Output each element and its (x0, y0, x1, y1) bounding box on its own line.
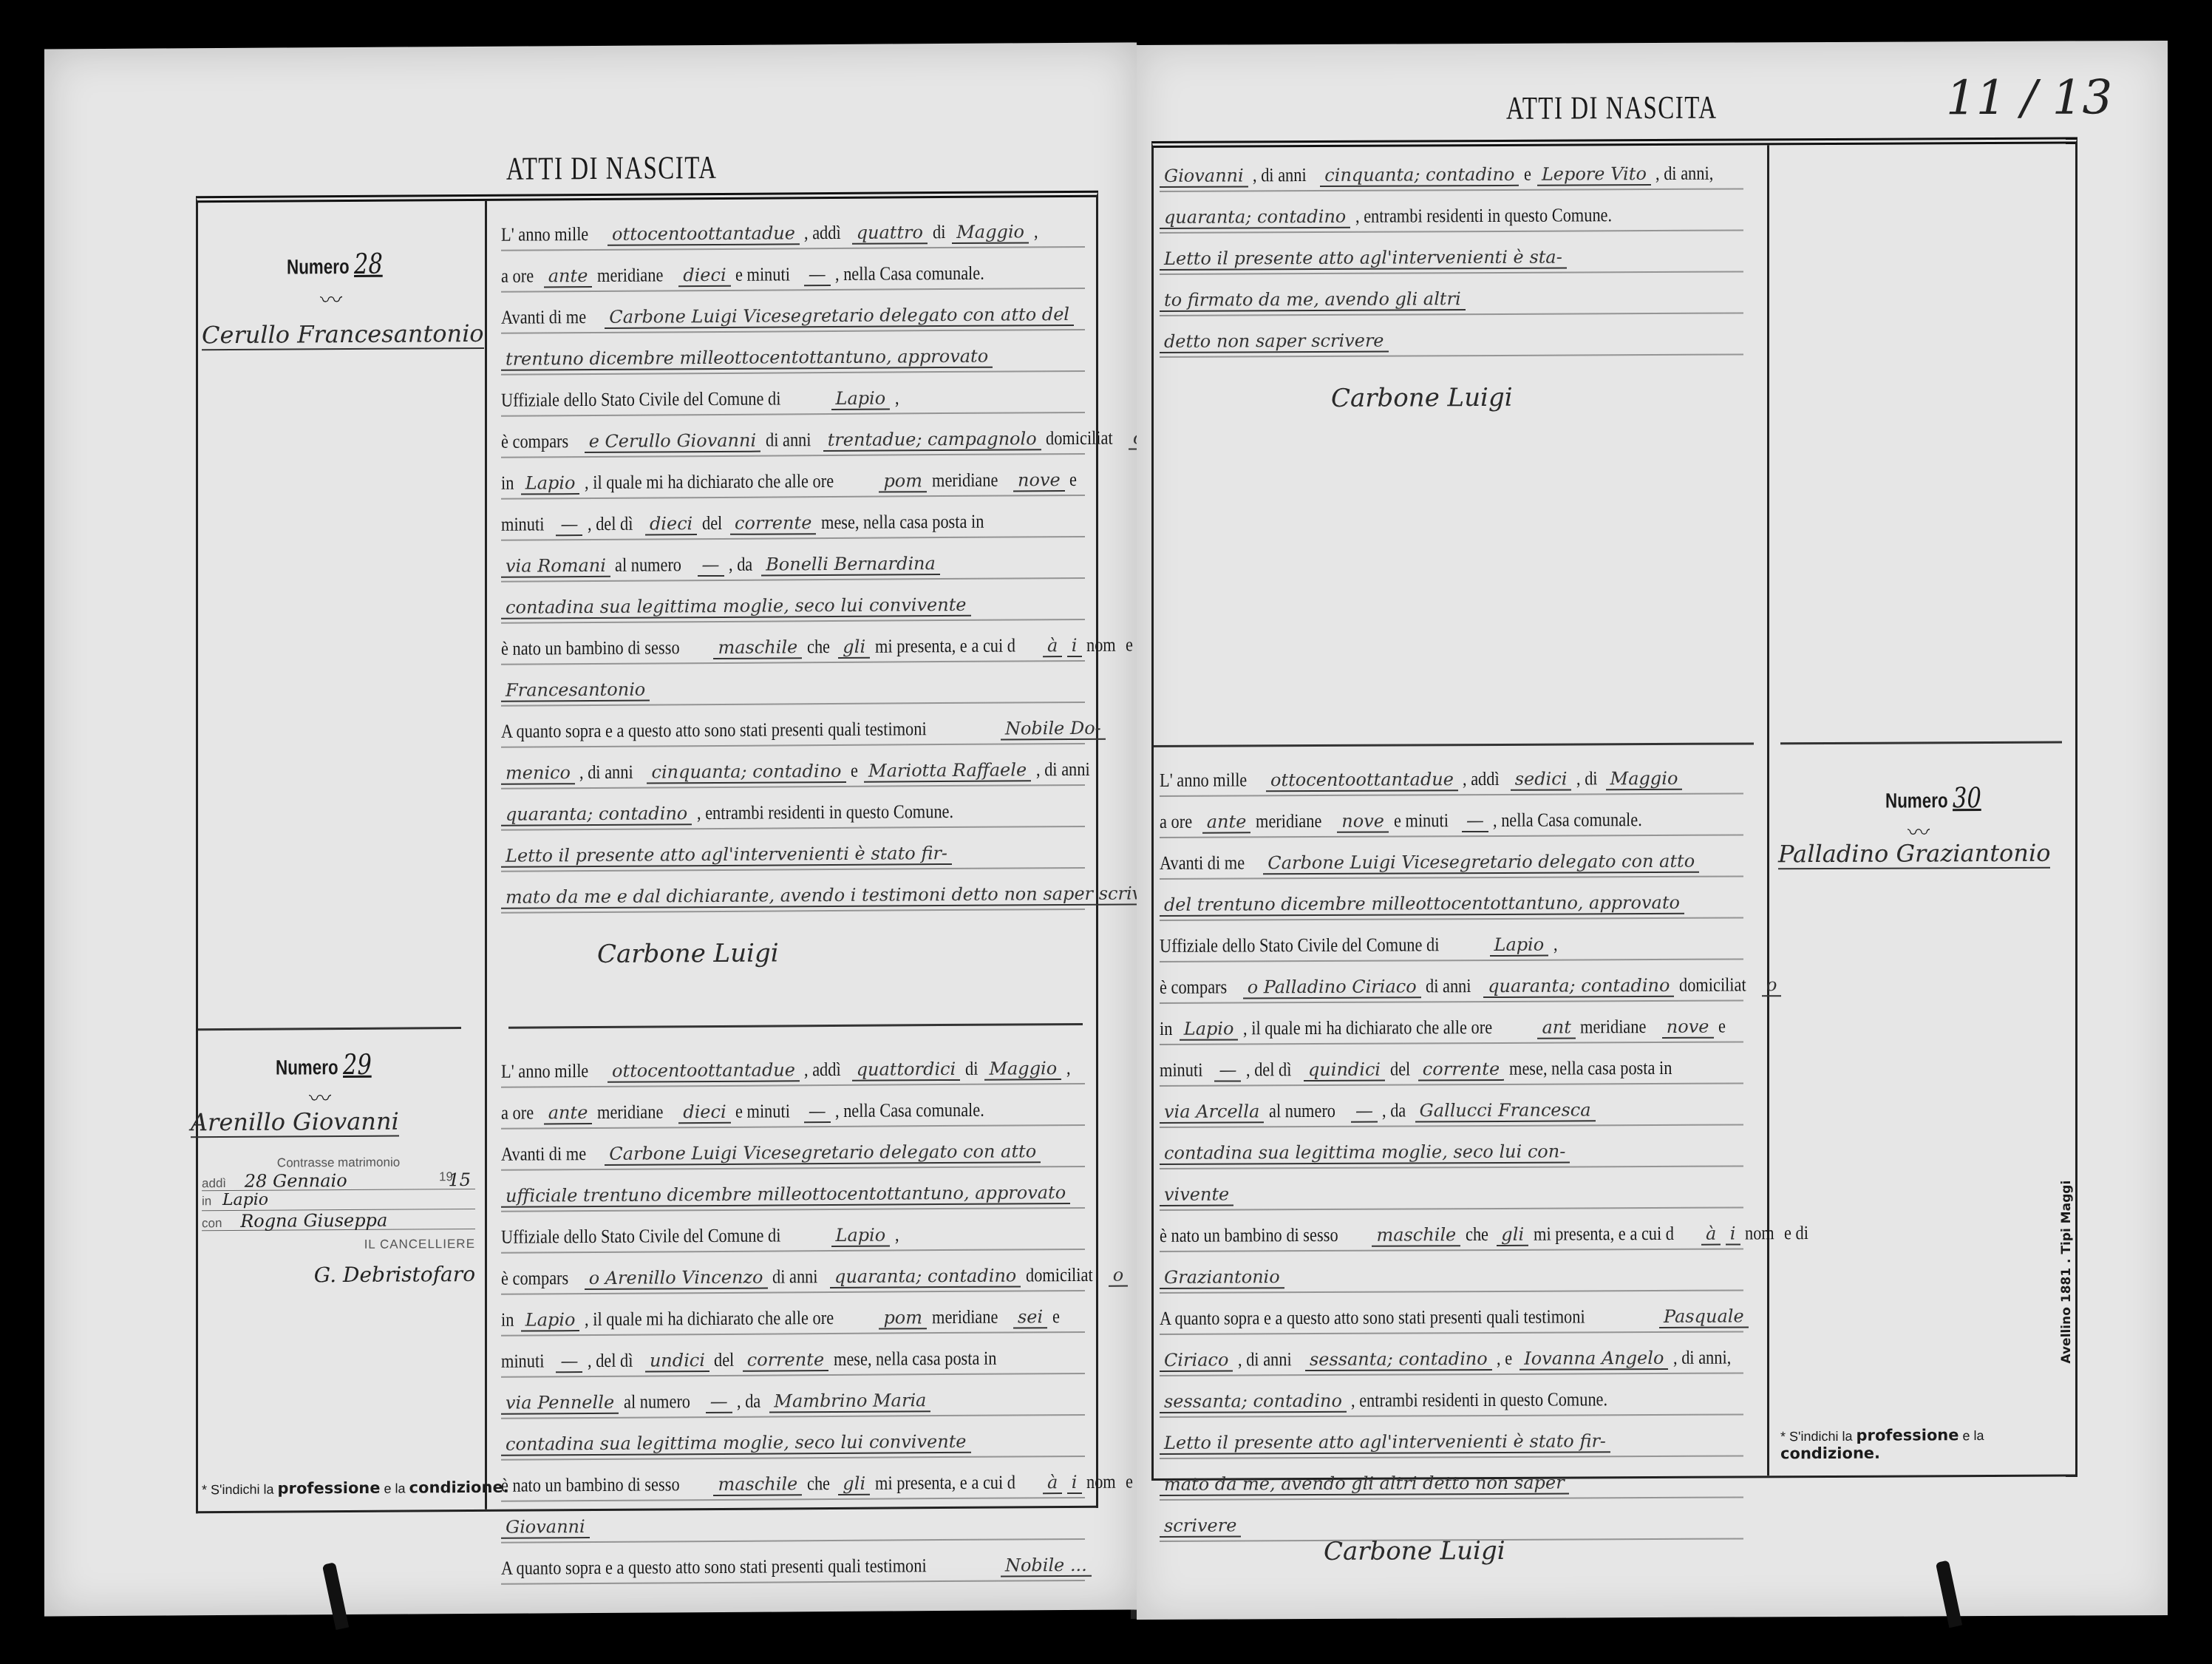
handwritten-entry: sedici (1511, 768, 1572, 790)
ruled-line (501, 370, 1085, 376)
numero-value: 28 (354, 248, 383, 280)
record-line: Letto il presente atto agl'intervenienti… (1160, 235, 1743, 279)
record-line: a ore ante meridiane nove e minuti — , n… (1160, 798, 1743, 842)
swash-ornament: 〰 (320, 282, 342, 314)
handwritten-entry: Mariotta Raffaele (864, 759, 1031, 782)
handwritten-entry: contadina sua legittima moglie, seco lui… (501, 594, 971, 619)
record-line: L' anno mille ottocentoottantadue , addì… (1160, 757, 1743, 801)
handwritten-entry: sei (1013, 1306, 1047, 1328)
footnote-bold: condizione. (1780, 1444, 1880, 1463)
record-line: mato da me, avendo gli altri detto non s… (1160, 1461, 1743, 1504)
handwritten-entry: o Arenillo Vincenzo (585, 1267, 768, 1291)
ruled-line (1160, 917, 1743, 920)
right-page: ATTI DI NASCITA 11 / 13 Giovanni , di an… (1137, 41, 2168, 1620)
ruled-line (1160, 1165, 1743, 1169)
footnote-bold: professione (278, 1479, 381, 1498)
annotation-date-row: addì 28 Gennaio 19 15 (202, 1169, 475, 1191)
handwritten-entry: corrente (743, 1349, 828, 1372)
record-line: è compars o Arenillo Vincenzo di anni qu… (501, 1254, 1085, 1300)
handwritten-entry: quindici (1304, 1059, 1385, 1081)
handwritten-entry: dieci (645, 513, 697, 535)
margin-column-divider (485, 201, 487, 1510)
handwritten-entry: quaranta; contadino (501, 803, 692, 826)
record-line: Letto il presente atto agl'intervenienti… (501, 832, 1085, 877)
marriage-annotation: Contrasse matrimonio addì 28 Gennaio 19 … (202, 1155, 475, 1288)
handwritten-entry: sessanta; contadino (1305, 1348, 1492, 1371)
ruled-line (1160, 834, 1743, 838)
record-line: Giovanni , di anni cinquanta; contadino … (1160, 152, 1743, 196)
ruled-line (501, 1538, 1085, 1544)
handwritten-entry: detto non saper scrivere (1160, 330, 1389, 353)
record-line: Giovanni (501, 1503, 1085, 1548)
record-line: menico , di anni cinquanta; contadino e … (501, 749, 1085, 794)
footnote-text: * S'indichi la (202, 1482, 274, 1498)
handwritten-entry: Lapio (1180, 1018, 1239, 1040)
handwritten-entry: Lepore Vito (1537, 163, 1651, 186)
handwritten-entry: Carbone Luigi Vicesegretario delegato co… (1263, 851, 1699, 875)
handwritten-entry: Francesantonio (501, 679, 650, 702)
record-line: è compars o Palladino Ciriaco di anni qu… (1160, 964, 1743, 1008)
handwritten-entry: Nobile ... (1001, 1555, 1092, 1578)
record-number-30: Numero30 (1885, 781, 1981, 815)
handwritten-entry: i (1067, 635, 1082, 657)
handwritten-entry: Lapio (831, 388, 891, 410)
handwritten-entry: nove (1337, 811, 1389, 833)
record-line: del trentuno dicembre milleottocentottan… (1160, 881, 1743, 925)
handwritten-entry: Carbone Luigi Vicesegretario delegato co… (605, 1141, 1041, 1166)
record-line: contadina sua legittima moglie, seco lui… (501, 1420, 1085, 1465)
marriage-year: 15 (448, 1169, 471, 1190)
ruled-line (501, 1166, 1085, 1171)
record-separator-margin (198, 1027, 461, 1030)
handwritten-entry: ottocentoottantadue (608, 1059, 800, 1083)
ruled-line (1160, 312, 1743, 316)
handwritten-entry: i (1067, 1472, 1082, 1494)
footnote-text: e la (1963, 1428, 1984, 1443)
handwritten-entry: o Palladino Ciriaco (1243, 976, 1421, 999)
footnote-text: e la (384, 1481, 406, 1496)
numero-label: Numero (276, 1056, 338, 1079)
handwritten-entry: menico (501, 762, 575, 785)
handwritten-entry: Letto il presente atto agl'intervenienti… (1160, 247, 1567, 271)
handwritten-entry: maschile (1372, 1224, 1460, 1247)
record-line: sessanta; contadino , entrambi residenti… (1160, 1378, 1743, 1422)
handwritten-entry: sessanta; contadino (1160, 1390, 1347, 1413)
handwritten-entry: Lapio (1490, 934, 1549, 957)
record-separator-body (508, 1023, 1083, 1029)
annotation-spouse-row: con Rogna Giuseppa (202, 1209, 475, 1231)
margin-name-30: Palladino Graziantonio (1778, 839, 2050, 870)
handwritten-entry: ante (544, 265, 593, 288)
record-line: in Lapio , il quale mi ha dichiarato che… (1160, 1005, 1743, 1049)
cancelliere-signature: G. Debristofaro (202, 1262, 475, 1288)
handwritten-entry: undici (645, 1350, 709, 1373)
record-line: minuti — , del dì quindici del corrente … (1160, 1047, 1743, 1090)
record-line: è nato un bambino di sesso maschile che … (501, 625, 1085, 670)
record-line: Avanti di me Carbone Luigi Vicesegretari… (501, 1130, 1085, 1175)
ruled-line (1160, 792, 1743, 796)
left-page: ATTI DI NASCITA Numero28 〰 Cerullo Franc… (44, 42, 1137, 1616)
record-line: Ciriaco , di anni sessanta; contadino , … (1160, 1337, 1743, 1380)
margin-column-divider (1767, 145, 1769, 1475)
record-line: a ore ante meridiane dieci e minuti — , … (501, 1089, 1085, 1134)
handwritten-entry: ufficiale trentuno dicembre milleottocen… (501, 1182, 1070, 1208)
handwritten-entry: — (556, 1351, 582, 1373)
ruled-line (1160, 353, 1743, 357)
birth-record-29-continuation: Giovanni , di anni cinquanta; contadino … (1160, 152, 1743, 361)
handwritten-entry: — (698, 554, 724, 577)
birth-record-29: L' anno mille ottocentoottantadue , addì… (501, 1047, 1085, 1589)
handwritten-entry: Giovanni (501, 1516, 590, 1539)
printed-text: nom (1086, 1461, 1116, 1503)
handwritten-entry: ante (544, 1102, 593, 1124)
record-line: Avanti di me Carbone Luigi Vicesegretari… (1160, 840, 1743, 883)
ruled-line (501, 1083, 1085, 1088)
handwritten-entry: via Romani (501, 555, 610, 578)
handwritten-entry: Gallucci Francesca (1415, 1099, 1596, 1122)
handwritten-entry: nove (1013, 469, 1065, 492)
printed-text: nom (1745, 1212, 1774, 1254)
ruled-line (501, 619, 1085, 624)
handwritten-entry: del trentuno dicembre milleottocentottan… (1160, 892, 1684, 917)
ruled-line (501, 288, 1085, 293)
record-line: in Lapio , il quale mi ha dichiarato che… (501, 459, 1085, 504)
handwritten-entry: maschile (713, 1473, 802, 1496)
handwritten-entry: — (706, 1391, 732, 1413)
ruled-line (501, 329, 1085, 334)
record-line: vivente (1160, 1171, 1743, 1215)
record-number-29: Numero29 (276, 1048, 372, 1081)
handwritten-entry: — (804, 264, 831, 286)
footnote-text: * S'indichi la (1780, 1429, 1853, 1444)
right-register-table: Giovanni , di anni cinquanta; contadino … (1151, 137, 2077, 1480)
ruled-line (1160, 1124, 1743, 1127)
margin-name-29: Arenillo Giovanni (191, 1107, 399, 1138)
handwritten-entry: mato da me e dal dichiarante, avendo i t… (501, 883, 1176, 909)
handwritten-entry: to firmato da me, avendo gli altri (1160, 288, 1466, 312)
handwritten-entry: ante (1202, 811, 1251, 833)
handwritten-entry: à (1043, 635, 1062, 657)
footnote-bold: professione (1857, 1426, 1959, 1444)
con-label: con (202, 1216, 222, 1230)
ruled-line (501, 577, 1085, 583)
birth-record-28: L' anno mille ottocentoottantadue , addì… (501, 211, 1085, 918)
handwritten-entry: Ciriaco (1160, 1349, 1233, 1371)
numero-value: 30 (1953, 781, 1981, 814)
handwritten-entry: quaranta; contadino (1483, 975, 1674, 998)
ruled-line (501, 246, 1085, 251)
handwritten-entry: via Arcella (1160, 1101, 1264, 1124)
left-register-table: Numero28 〰 Cerullo Francesantonio Numero… (196, 191, 1098, 1513)
ruled-line (501, 1456, 1085, 1461)
handwritten-entry: contadina sua legittima moglie, seco lui… (501, 1431, 971, 1456)
handwritten-entry: ottocentoottantadue (608, 223, 800, 246)
handwritten-entry: corrente (1418, 1059, 1504, 1081)
record-line: via Pennelle al numero — , da Mambrino M… (501, 1379, 1085, 1424)
handwritten-entry: Lapio (831, 1225, 891, 1247)
handwritten-entry: — (1462, 810, 1488, 832)
record-line: A quanto sopra e a questo atto sono stat… (501, 1544, 1085, 1589)
spouse-name: Rogna Giuseppa (240, 1210, 387, 1232)
handwritten-entry: o (1762, 974, 1781, 996)
handwritten-entry: Maggio (952, 221, 1029, 244)
record-line: L' anno mille ottocentoottantadue , addì… (501, 211, 1085, 256)
handwritten-entry: — (1351, 1101, 1378, 1123)
birth-record-30: L' anno mille ottocentoottantadue , addì… (1160, 757, 1743, 1546)
ruled-line (501, 909, 1085, 914)
numero-value: 29 (343, 1048, 372, 1081)
record-line: contadina sua legittima moglie, seco lui… (1160, 1130, 1743, 1173)
handwritten-entry: Nobile Do- (1001, 718, 1106, 741)
ruled-line (501, 1124, 1085, 1130)
record-line: a ore ante meridiane dieci e minuti — , … (501, 252, 1085, 297)
handwritten-entry: i (1726, 1223, 1740, 1245)
record-line: trentuno dicembre milleottocentottantuno… (501, 335, 1085, 380)
numero-label: Numero (287, 255, 350, 279)
handwritten-entry: Carbone Luigi Vicesegretario delegato co… (605, 304, 1074, 329)
handwritten-entry: quattordici (852, 1059, 961, 1081)
annotation-heading: Contrasse matrimonio (202, 1155, 475, 1171)
handwritten-entry: ant (1537, 1016, 1575, 1039)
handwritten-entry: Lapio (521, 472, 580, 495)
handwritten-entry: à (1043, 1472, 1062, 1494)
handwritten-entry: e Cerullo Giovanni (585, 430, 761, 453)
record-line: L' anno mille ottocentoottantadue , addì… (501, 1047, 1085, 1093)
record-line: to firmato da me, avendo gli altri (1160, 276, 1743, 320)
ruled-line (501, 702, 1085, 707)
ruled-line (501, 1207, 1085, 1212)
handwritten-entry: à (1701, 1223, 1721, 1246)
handwritten-entry: Lapio (521, 1309, 580, 1331)
handwritten-entry: — (1214, 1059, 1241, 1081)
ruled-line (1160, 1496, 1743, 1500)
handwritten-entry: gli (838, 1473, 870, 1495)
record-line: quaranta; contadino , entrambi residenti… (501, 790, 1085, 835)
signature-officer-30: Carbone Luigi (1324, 1536, 1505, 1566)
handwritten-entry: cinquanta; contadino (647, 761, 845, 784)
page-header-right: ATTI DI NASCITA (1506, 89, 1718, 127)
record-line: è nato un bambino di sesso maschile che … (1160, 1212, 1743, 1256)
page-header-left: ATTI DI NASCITA (506, 149, 718, 188)
handwritten-entry: ottocentoottantadue (1266, 769, 1458, 792)
ruled-line (1160, 875, 1743, 879)
annotation-place-row: in Lapio (202, 1189, 475, 1211)
record-line: minuti — , del dì dieci del corrente mes… (501, 500, 1085, 546)
page-number: 11 / 13 (1946, 70, 2112, 126)
margin-name-28: Cerullo Francesantonio (202, 319, 484, 350)
handwritten-entry: — (804, 1101, 831, 1123)
record-line: via Romani al numero — , da Bonelli Bern… (501, 542, 1085, 587)
record-line: detto non saper scrivere (1160, 318, 1743, 361)
handwritten-entry: via Pennelle (501, 1392, 619, 1415)
record-line: quaranta; contadino , entrambi residenti… (1160, 194, 1743, 237)
handwritten-entry: quaranta; contadino (1160, 206, 1350, 229)
handwritten-entry: Letto il presente atto agl'intervenienti… (501, 843, 952, 868)
handwritten-entry: quattro (852, 222, 928, 245)
record-line: ufficiale trentuno dicembre milleottocen… (501, 1172, 1085, 1217)
cancelliere-label: IL CANCELLIERE (202, 1237, 475, 1253)
handwritten-entry: contadina sua legittima moglie, seco lui… (1160, 1141, 1570, 1164)
record-line: è nato un bambino di sesso maschile che … (501, 1461, 1085, 1507)
handwritten-entry: scrivere (1160, 1515, 1241, 1537)
record-line: contadina sua legittima moglie, seco lui… (501, 583, 1085, 628)
record-line: via Arcella al numero — , da Gallucci Fr… (1160, 1088, 1743, 1132)
handwritten-entry: quaranta; contadino (830, 1265, 1021, 1288)
marriage-place: Lapio (222, 1191, 268, 1209)
handwritten-entry: mato da me, avendo gli altri detto non s… (1160, 1472, 1569, 1495)
handwritten-entry: vivente (1160, 1184, 1233, 1206)
handwritten-entry: corrente (730, 512, 816, 535)
record-line: Uffiziale dello Stato Civile del Comune … (1160, 923, 1743, 966)
binding-tab (1936, 1560, 1962, 1628)
handwritten-entry: Iovanna Angelo (1520, 1348, 1668, 1371)
ruled-line (1160, 1206, 1743, 1210)
record-line: Letto il presente atto agl'intervenienti… (1160, 1419, 1743, 1463)
signature-officer-28: Carbone Luigi (597, 938, 779, 969)
record-line: Uffiziale dello Stato Civile del Comune … (501, 1213, 1085, 1258)
signature-officer-29: Carbone Luigi (1331, 383, 1513, 413)
record-line: minuti — , del dì undici del corrente me… (501, 1337, 1085, 1382)
record-line: A quanto sopra e a questo atto sono stat… (1160, 1295, 1743, 1339)
ruled-line (501, 1414, 1085, 1419)
handwritten-entry: trentuno dicembre milleottocentottantuno… (501, 346, 993, 371)
handwritten-entry: gli (1497, 1224, 1528, 1246)
handwritten-entry: — (556, 514, 582, 536)
handwritten-entry: pom (879, 470, 927, 492)
record-line: Avanti di me Carbone Luigi Vicesegretari… (501, 293, 1085, 339)
ruled-line (1160, 271, 1743, 274)
ruled-line (1160, 1289, 1743, 1293)
binding-tab (322, 1562, 349, 1630)
ruled-line (1160, 1455, 1743, 1458)
handwritten-entry: dieci (678, 1101, 730, 1124)
handwritten-entry: Maggio (984, 1058, 1061, 1081)
record-line: Uffiziale dello Stato Civile del Comune … (501, 376, 1085, 421)
handwritten-entry: Bonelli Bernardina (761, 553, 940, 576)
record-line: mato da me e dal dichiarante, avendo i t… (501, 873, 1085, 918)
handwritten-entry: gli (838, 636, 870, 659)
record-line: è compars e Cerullo Giovanni di anni tre… (501, 418, 1085, 463)
printed-text: e di (1784, 1212, 1808, 1254)
marriage-date: 28 Gennaio (245, 1170, 347, 1192)
record-line: in Lapio , il quale mi ha dichiarato che… (501, 1296, 1085, 1341)
footnote-bold: condizione. (409, 1478, 509, 1497)
record-number-28: Numero28 (287, 248, 383, 281)
handwritten-entry: dieci (678, 265, 730, 287)
handwritten-entry: trentadue; campagnolo (823, 428, 1041, 452)
handwritten-entry: Maggio (1606, 768, 1683, 790)
handwritten-entry: pom (879, 1307, 927, 1329)
handwritten-entry: Giovanni (1160, 165, 1248, 188)
handwritten-entry: cinquanta; contadino (1320, 164, 1519, 187)
handwritten-entry: Mambrino Maria (769, 1390, 930, 1413)
record-line: Graziantonio (1160, 1254, 1743, 1297)
footnote-left: * S'indichi la professione e la condizio… (202, 1478, 509, 1498)
ruled-line (501, 867, 1085, 872)
handwritten-entry: Pasquale (1659, 1305, 1749, 1328)
printer-imprint: Avellino 1881 . Tipi Maggi (2059, 1181, 2074, 1364)
record-separator-body (1154, 742, 1754, 747)
handwritten-entry: Graziantonio (1160, 1266, 1284, 1289)
record-line: Francesantonio (501, 666, 1085, 711)
handwritten-entry: Letto il presente atto agl'intervenienti… (1160, 1430, 1610, 1455)
handwritten-entry: maschile (713, 636, 802, 659)
record-separator-margin (1780, 741, 2062, 745)
numero-label: Numero (1885, 789, 1948, 812)
handwritten-entry: nove (1662, 1016, 1714, 1039)
handwritten-entry: o (1109, 1265, 1128, 1287)
in-label: in (202, 1194, 211, 1208)
printed-text: nom (1086, 625, 1116, 666)
record-line: A quanto sopra e a questo atto sono stat… (501, 707, 1085, 753)
addi-label: addì (202, 1176, 226, 1190)
footnote-right: * S'indichi la professione e la condizio… (1780, 1426, 2075, 1463)
